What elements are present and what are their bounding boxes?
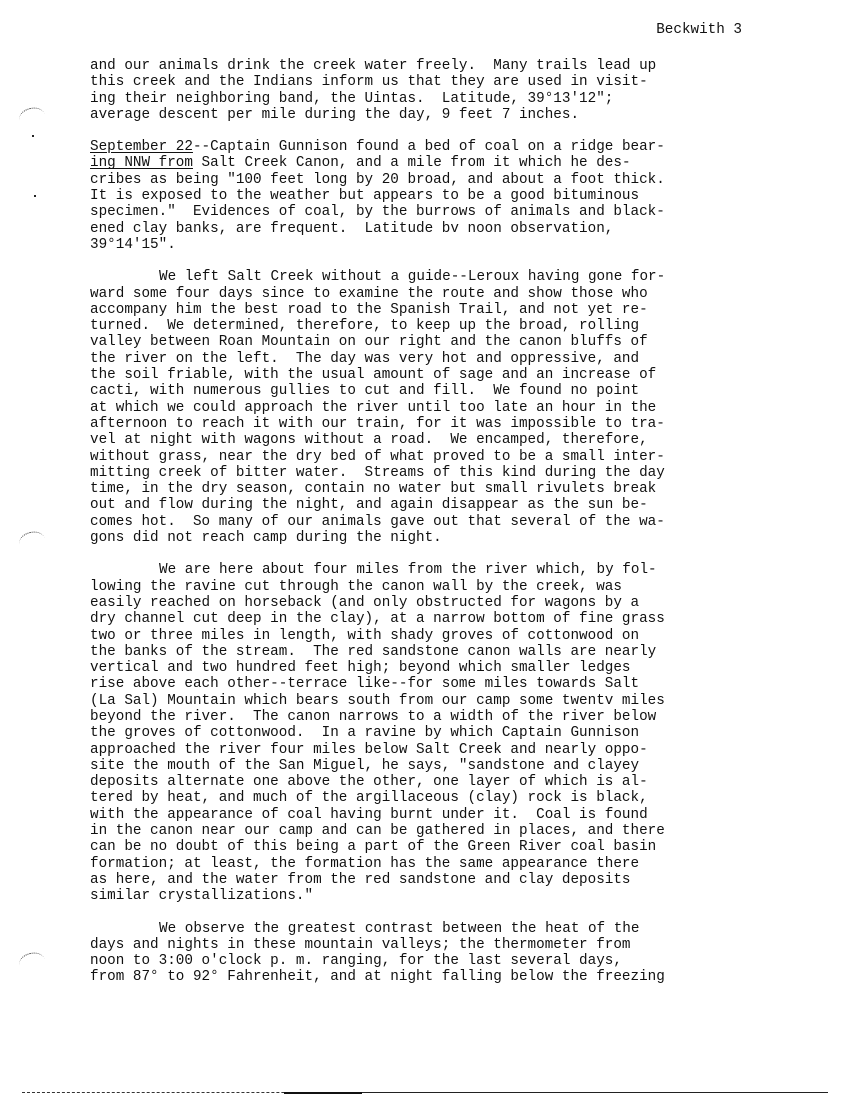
text-line: days and nights in these mountain valley… xyxy=(90,937,790,953)
text-line: site the mouth of the San Miguel, he say… xyxy=(90,758,790,774)
entry-date: September 22 xyxy=(90,139,193,155)
text-line: easily reached on horseback (and only ob… xyxy=(90,595,790,611)
text-line: the soil friable, with the usual amount … xyxy=(90,367,790,383)
paragraph: We observe the greatest contrast between… xyxy=(90,921,790,986)
text-line: and our animals drink the creek water fr… xyxy=(90,58,790,74)
text-line: cacti, with numerous gullies to cut and … xyxy=(90,383,790,399)
text-line: the groves of cottonwood. In a ravine by… xyxy=(90,725,790,741)
text-line: in the canon near our camp and can be ga… xyxy=(90,823,790,839)
paragraph-dated-entry: September 22--Captain Gunnison found a b… xyxy=(90,139,790,253)
text-line: accompany him the best road to the Spani… xyxy=(90,302,790,318)
body-text: and our animals drink the creek water fr… xyxy=(90,58,790,1002)
text-line: approached the river four miles below Sa… xyxy=(90,742,790,758)
text-line: tered by heat, and much of the argillace… xyxy=(90,790,790,806)
text-line: at which we could approach the river unt… xyxy=(90,400,790,416)
text-line: mitting creek of bitter water. Streams o… xyxy=(90,465,790,481)
text-line: ing NNW from Salt Creek Canon, and a mil… xyxy=(90,155,790,171)
text-line: the river on the left. The day was very … xyxy=(90,351,790,367)
text-line: the banks of the stream. The red sandsto… xyxy=(90,644,790,660)
text-line: (La Sal) Mountain which bears south from… xyxy=(90,693,790,709)
text-line: We are here about four miles from the ri… xyxy=(90,562,790,578)
text-line: comes hot. So many of our animals gave o… xyxy=(90,514,790,530)
text-line: without grass, near the dry bed of what … xyxy=(90,449,790,465)
text-line: dry channel cut deep in the clay), at a … xyxy=(90,611,790,627)
text-line: We left Salt Creek without a guide--Lero… xyxy=(90,269,790,285)
text-line: beyond the river. The canon narrows to a… xyxy=(90,709,790,725)
text-line: time, in the dry season, contain no wate… xyxy=(90,481,790,497)
text-line: formation; at least, the formation has t… xyxy=(90,856,790,872)
text-line: ened clay banks, are frequent. Latitude … xyxy=(90,221,790,237)
text-line: specimen." Evidences of coal, by the bur… xyxy=(90,204,790,220)
text-line: vel at night with wagons without a road.… xyxy=(90,432,790,448)
text-line: valley between Roan Mountain on our righ… xyxy=(90,334,790,350)
margin-dot xyxy=(32,135,34,137)
text-line: with the appearance of coal having burnt… xyxy=(90,807,790,823)
text-line: lowing the ravine cut through the canon … xyxy=(90,579,790,595)
text-line: rise above each other--terrace like--for… xyxy=(90,676,790,692)
text-line: out and flow during the night, and again… xyxy=(90,497,790,513)
page-bottom-edge-thick xyxy=(284,1092,362,1094)
text-line: afternoon to reach it with our train, fo… xyxy=(90,416,790,432)
text-line: ing their neighboring band, the Uintas. … xyxy=(90,91,790,107)
text-line: can be no doubt of this being a part of … xyxy=(90,839,790,855)
paragraph: We left Salt Creek without a guide--Lero… xyxy=(90,269,790,546)
text-line: cribes as being "100 feet long by 20 bro… xyxy=(90,172,790,188)
text-line: turned. We determined, therefore, to kee… xyxy=(90,318,790,334)
document-page: Beckwith 3 and our animals drink the cre… xyxy=(0,0,850,1100)
page-bottom-edge-solid xyxy=(362,1092,828,1093)
margin-mark xyxy=(17,950,45,967)
text-line: from 87° to 92° Fahrenheit, and at night… xyxy=(90,969,790,985)
text-line: noon to 3:00 o'clock p. m. ranging, for … xyxy=(90,953,790,969)
margin-mark xyxy=(17,105,45,122)
text-line: this creek and the Indians inform us tha… xyxy=(90,74,790,90)
text-run: Salt Creek Canon, and a mile from it whi… xyxy=(193,155,631,171)
running-head: Beckwith 3 xyxy=(656,22,742,38)
text-run: --Captain Gunnison found a bed of coal o… xyxy=(193,139,665,155)
margin-dot xyxy=(34,195,36,197)
text-line: two or three miles in length, with shady… xyxy=(90,628,790,644)
text-line: average descent per mile during the day,… xyxy=(90,107,790,123)
text-line: as here, and the water from the red sand… xyxy=(90,872,790,888)
text-line: 39°14'15". xyxy=(90,237,790,253)
text-line: It is exposed to the weather but appears… xyxy=(90,188,790,204)
text-line: similar crystallizations." xyxy=(90,888,790,904)
paragraph: We are here about four miles from the ri… xyxy=(90,562,790,904)
margin-mark xyxy=(17,529,45,546)
paragraph: and our animals drink the creek water fr… xyxy=(90,58,790,123)
entry-date-underline-continuation: ing NNW from xyxy=(90,155,193,171)
text-line: We observe the greatest contrast between… xyxy=(90,921,790,937)
text-line: gons did not reach camp during the night… xyxy=(90,530,790,546)
text-line: deposits alternate one above the other, … xyxy=(90,774,790,790)
text-line: vertical and two hundred feet high; beyo… xyxy=(90,660,790,676)
text-line: September 22--Captain Gunnison found a b… xyxy=(90,139,790,155)
text-line: ward some four days since to examine the… xyxy=(90,286,790,302)
